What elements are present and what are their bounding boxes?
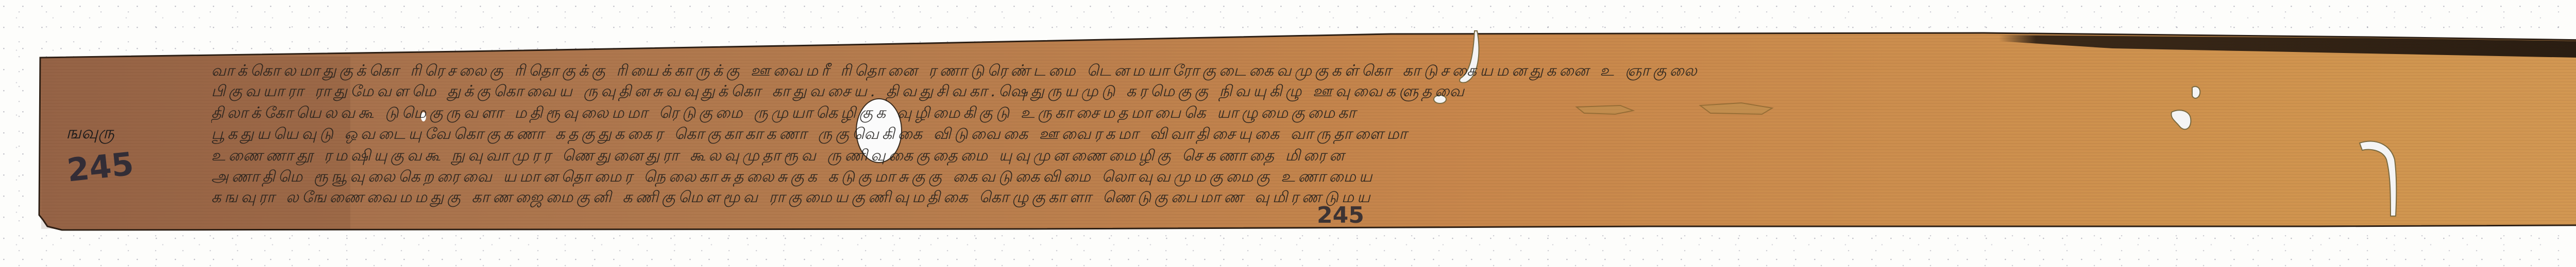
- text-line-1: வாக்கொலமாதுகுக்கொ ரிரெசலைகு ரிதொகுக்கு ர…: [211, 62, 2576, 82]
- text-line-7: கஙவுரா லஙேணைவைமமதுகு காணஜைமைகுனி கணிகுமெ…: [211, 188, 2576, 209]
- text-line-5: உணைணாதூ ரமஷியுகுவகூ நுவுவாமுரர ணெதுனைதுர…: [211, 147, 2576, 167]
- margin-note: ஙவுரு: [66, 122, 114, 145]
- folio-mark-bottom: 245: [1317, 202, 1364, 228]
- text-line-6: அணாதிமெ ரூஙூவுலைகெறரைவை யமானதொமைர நெலைகா…: [211, 168, 2576, 188]
- folio-mark-left: 245: [65, 145, 135, 189]
- text-line-4: பூகதுயயெவுடு ஒவடையுவேகொகுகணா கதகுதுககைர …: [211, 125, 2576, 146]
- text-line-2: பிகுவயாரா ராதுமேவளமெ துக்குகொவைய ருவுதின…: [211, 82, 2576, 103]
- text-line-3: திலாக்கோயெலவகூ டுமெகுருவளா மதிரூவுலைமமா …: [211, 104, 2576, 124]
